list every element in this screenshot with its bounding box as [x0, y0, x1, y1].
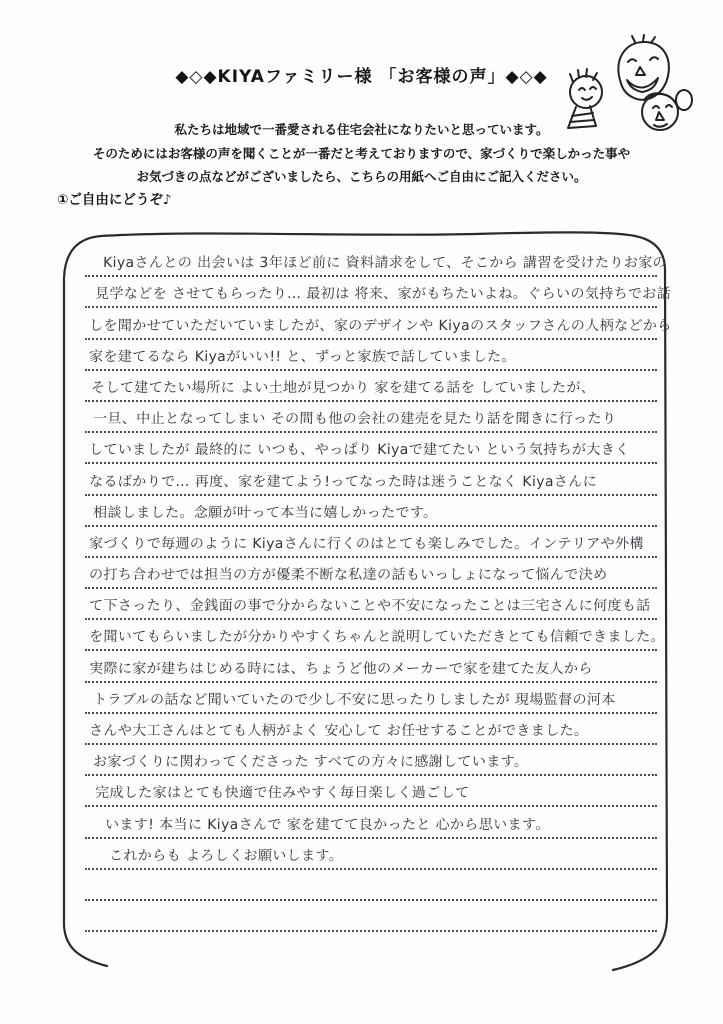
testimonial-line [85, 870, 657, 901]
handwritten-text: 家を建てるなら Kiyaがいい!! と、ずっと家族で話していました。 [85, 349, 516, 369]
handwritten-text [85, 927, 89, 930]
handwritten-text: 一旦、中止となってしまい その間も他の会社の建売を見たり話を聞きに行ったり [85, 411, 617, 431]
testimonial-line: 一旦、中止となってしまい その間も他の会社の建売を見たり話を聞きに行ったり [85, 402, 657, 433]
testimonial-line: て下さったり、金銭面の事で分からないことや不安になったことは三宅さんに何度も話 [85, 589, 657, 620]
testimonial-line: お家づくりに関わってくださった すべての方々に感謝しています。 [85, 745, 657, 776]
handwritten-text: の打ち合わせでは担当の方が優柔不断な私達の話もいっしょになって悩んで決め [85, 567, 608, 587]
handwritten-text: 家づくりで毎週のように Kiyaさんに行くのはとても楽しみでした。インテリアや外… [85, 536, 644, 556]
intro-line-3: お気づきの点などがございましたら、こちらの用紙へご自由にご記入ください。 [0, 165, 723, 189]
testimonial-line [85, 901, 657, 932]
intro-line-1: 私たちは地域で一番愛される住宅会社になりたいと思っています。 [0, 118, 723, 142]
testimonial-line: 相談しました。念願が叶って本当に嬉しかったです。 [85, 496, 657, 527]
ruled-lines: Kiyaさんとの 出会いは 3年ほど前に 資料請求をして、そこから 講習を受けた… [85, 246, 657, 932]
testimonial-line: います! 本当に Kiyaさんで 家を建てて良かったと 心から思います。 [85, 807, 657, 838]
testimonial-line: なるばかりで… 再度、家を建てよう!ってなった時は迷うことなく Kiyaさんに [85, 464, 657, 495]
intro-text: 私たちは地域で一番愛される住宅会社になりたいと思っています。 そのためにはお客様… [0, 118, 723, 189]
handwritten-text: していましたが 最終的に いつも、やっぱり Kiyaで建てたい という気持ちが大… [85, 442, 630, 462]
testimonial-line: 見学などを させてもらったり… 最初は 将来、家がもちたいよね。ぐらいの気持ちで… [85, 277, 657, 308]
free-comment-prompt: ①ご自由にどうぞ♪ [57, 188, 172, 208]
handwritten-text: トラブルの話など聞いていたので少し不安に思ったりしましたが 現場監督の河本 [85, 692, 616, 712]
testimonial-line: トラブルの話など聞いていたので少し不安に思ったりしましたが 現場監督の河本 [85, 683, 657, 714]
handwritten-text: 実際に家が建ちはじめる時には、ちょうど他のメーカーで家を建てた友人から [85, 661, 593, 681]
testimonial-line: Kiyaさんとの 出会いは 3年ほど前に 資料請求をして、そこから 講習を受けた… [85, 246, 657, 277]
handwritten-text: 見学などを させてもらったり… 最初は 将来、家がもちたいよね。ぐらいの気持ちで… [85, 286, 671, 306]
handwritten-text: お家づくりに関わってくださった すべての方々に感謝しています。 [85, 754, 529, 774]
handwritten-text: 相談しました。念願が叶って本当に嬉しかったです。 [85, 505, 438, 525]
testimonial-line: の打ち合わせでは担当の方が優柔不断な私達の話もいっしょになって悩んで決め [85, 558, 657, 589]
testimonial-line: 実際に家が建ちはじめる時には、ちょうど他のメーカーで家を建てた友人から [85, 651, 657, 682]
handwritten-text: しを聞かせていただいていましたが、家のデザインや Kiyaのスタッフさんの人柄な… [85, 318, 672, 338]
testimonial-line: を聞いてもらいましたが分かりやすくちゃんと説明していただきとても信頼できました。 [85, 620, 657, 651]
intro-line-2: そのためにはお客様の声を聞くことが一番だと考えておりますので、家づくりで楽しかっ… [0, 142, 723, 166]
handwritten-text [85, 896, 89, 899]
handwritten-text: を聞いてもらいましたが分かりやすくちゃんと説明していただきとても信頼できました。 [85, 629, 665, 649]
comment-box: Kiyaさんとの 出会いは 3年ほど前に 資料請求をして、そこから 講習を受けた… [55, 226, 675, 988]
testimonial-line: していましたが 最終的に いつも、やっぱり Kiyaで建てたい という気持ちが大… [85, 433, 657, 464]
handwritten-text: そして建てたい場所に よい土地が見つかり 家を建てる話を していましたが、 [85, 380, 596, 400]
handwritten-text: なるばかりで… 再度、家を建てよう!ってなった時は迷うことなく Kiyaさんに [85, 474, 597, 494]
handwritten-text: て下さったり、金銭面の事で分からないことや不安になったことは三宅さんに何度も話 [85, 598, 651, 618]
testimonial-line: 家づくりで毎週のように Kiyaさんに行くのはとても楽しみでした。インテリアや外… [85, 527, 657, 558]
testimonial-line: 家を建てるなら Kiyaがいい!! と、ずっと家族で話していました。 [85, 340, 657, 371]
handwritten-text: います! 本当に Kiyaさんで 家を建てて良かったと 心から思います。 [85, 817, 550, 837]
handwritten-text: 完成した家はとても快適で住みやすく毎日楽しく過ごして [85, 785, 470, 805]
customer-voice-sheet: ◆◇◆KIYAファミリー様 「お客様の声」◆◇◆ 私たちは地域で一番愛される住宅… [0, 0, 723, 1024]
testimonial-line: さんや大工さんはとても人柄がよく 安心して お任せすることができました。 [85, 714, 657, 745]
testimonial-line: これからも よろしくお願いします。 [85, 839, 657, 870]
testimonial-line: 完成した家はとても快適で住みやすく毎日楽しく過ごして [85, 776, 657, 807]
testimonial-line: そして建てたい場所に よい土地が見つかり 家を建てる話を していましたが、 [85, 371, 657, 402]
handwritten-text: さんや大工さんはとても人柄がよく 安心して お任せすることができました。 [85, 723, 589, 743]
handwritten-text: Kiyaさんとの 出会いは 3年ほど前に 資料請求をして、そこから 講習を受けた… [85, 255, 667, 275]
handwritten-text: これからも よろしくお願いします。 [85, 848, 343, 868]
testimonial-line: しを聞かせていただいていましたが、家のデザインや Kiyaのスタッフさんの人柄な… [85, 308, 657, 339]
